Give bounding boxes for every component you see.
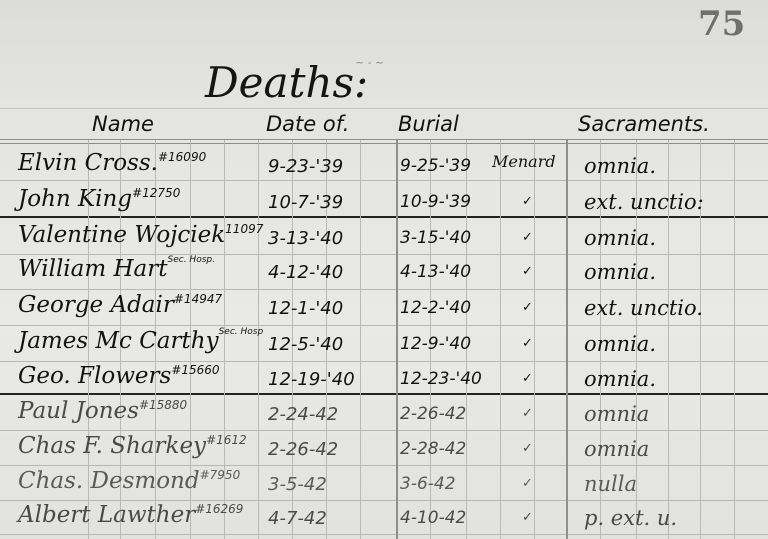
- record-burial-mark: ✓: [522, 406, 533, 421]
- record-number: #14947: [174, 292, 222, 306]
- record-name: Albert Lawther#16269: [18, 502, 243, 528]
- record-sacraments: omnia.: [584, 260, 656, 284]
- header-sacraments: Sacraments.: [578, 112, 710, 136]
- record-sacraments: omnia.: [584, 226, 656, 250]
- record-name: Valentine Wojciek11097: [18, 222, 263, 248]
- record-number: #16269: [195, 502, 243, 516]
- row-underline: [0, 216, 768, 218]
- record-date-of-death: 4-7-42: [268, 508, 327, 529]
- grid-line: [0, 289, 768, 290]
- record-burial-mark: ✓: [522, 510, 533, 525]
- record-sacraments: omnia: [584, 402, 649, 426]
- record-burial-mark: ✓: [522, 371, 533, 386]
- record-number: #15880: [139, 398, 187, 412]
- grid-column-line: [360, 140, 361, 539]
- grid-line: [0, 534, 768, 535]
- record-burial-date: 3-15-'40: [400, 228, 471, 248]
- record-name: Chas F. Sharkey#1612: [18, 433, 247, 459]
- record-burial-date: 2-26-42: [400, 404, 466, 424]
- record-burial-date: 12-23-'40: [400, 369, 482, 389]
- record-date-of-death: 9-23-'39: [268, 156, 343, 177]
- record-burial-mark: ✓: [522, 441, 533, 456]
- record-burial-date: 9-25-'39: [400, 156, 471, 176]
- record-sacraments: ext. unctio.: [584, 296, 703, 320]
- record-number: #12750: [132, 186, 180, 200]
- record-burial-mark: ✓: [522, 336, 533, 351]
- page-number: 75: [698, 4, 745, 44]
- record-sacraments: omnia.: [584, 332, 656, 356]
- record-name: John King#12750: [18, 186, 180, 212]
- record-date-of-death: 4-12-'40: [268, 262, 343, 283]
- grid-line: [0, 465, 768, 466]
- grid-column-line: [500, 140, 501, 539]
- header-name: Name: [92, 112, 154, 136]
- record-sacraments: omnia.: [584, 154, 656, 178]
- record-sacraments: ext. unctio:: [584, 190, 704, 214]
- record-burial-mark: ✓: [522, 476, 533, 491]
- record-name: William HartSec. Hosp.: [18, 256, 215, 282]
- record-date-of-death: 12-1-'40: [268, 298, 343, 319]
- record-number: Sec. Hosp: [219, 327, 264, 337]
- record-burial-date: 4-10-42: [400, 508, 466, 528]
- record-date-of-death: 12-5-'40: [268, 334, 343, 355]
- record-burial-date: 4-13-'40: [400, 262, 471, 282]
- row-underline: [0, 393, 768, 395]
- record-sacraments: omnia: [584, 437, 649, 461]
- record-burial-date: 12-9-'40: [400, 334, 471, 354]
- record-name: Elvin Cross.#16090: [18, 150, 206, 176]
- sacraments-column-line: [566, 140, 568, 539]
- record-date-of-death: 10-7-'39: [268, 192, 343, 213]
- record-name: Chas. Desmond#7950: [18, 468, 240, 494]
- record-sacraments: omnia.: [584, 367, 656, 391]
- record-date-of-death: 3-13-'40: [268, 228, 343, 249]
- record-burial-mark: ✓: [522, 300, 533, 315]
- record-number: #15660: [171, 363, 219, 377]
- grid-line: [0, 430, 768, 431]
- grid-column-line: [734, 140, 735, 539]
- record-burial-mark: ✓: [522, 194, 533, 209]
- record-number: 11097: [225, 222, 263, 236]
- grid-line: [0, 325, 768, 326]
- record-burial-mark: ✓: [522, 264, 533, 279]
- record-burial-date: 12-2-'40: [400, 298, 471, 318]
- record-burial-date: 2-28-42: [400, 439, 466, 459]
- record-number: #1612: [206, 433, 247, 447]
- record-name: James Mc CarthySec. Hosp: [18, 328, 263, 354]
- record-date-of-death: 2-26-42: [268, 439, 338, 460]
- record-date-of-death: 3-5-42: [268, 474, 327, 495]
- header-rule: [0, 143, 768, 144]
- grid-line: [0, 361, 768, 362]
- record-number: Sec. Hosp.: [168, 255, 215, 265]
- record-burial-mark: Menard: [492, 152, 556, 171]
- grid-line: [0, 108, 768, 109]
- record-number: #16090: [158, 150, 206, 164]
- record-burial-date: 3-6-42: [400, 474, 456, 494]
- grid-line: [0, 254, 768, 255]
- page-title: Deaths:: [205, 58, 368, 107]
- grid-line: [0, 180, 768, 181]
- record-burial-date: 10-9-'39: [400, 192, 471, 212]
- burial-column-line: [396, 140, 398, 539]
- header-date-of: Date of.: [266, 112, 349, 136]
- record-date-of-death: 2-24-42: [268, 404, 338, 425]
- record-name: Paul Jones#15880: [18, 398, 187, 424]
- record-burial-mark: ✓: [522, 230, 533, 245]
- header-rule: [0, 139, 768, 140]
- ledger-page: 75 ~ - ~ Deaths: Name Date of. Burial Sa…: [0, 0, 768, 539]
- record-number: #7950: [200, 468, 241, 482]
- grid-line: [0, 500, 768, 501]
- record-sacraments: p. ext. u.: [584, 506, 677, 530]
- record-name: Geo. Flowers#15660: [18, 363, 220, 389]
- record-name: George Adair#14947: [18, 292, 222, 318]
- header-burial: Burial: [398, 112, 459, 136]
- grid-column-line: [534, 140, 535, 539]
- record-date-of-death: 12-19-'40: [268, 369, 355, 390]
- record-sacraments: nulla: [584, 472, 637, 496]
